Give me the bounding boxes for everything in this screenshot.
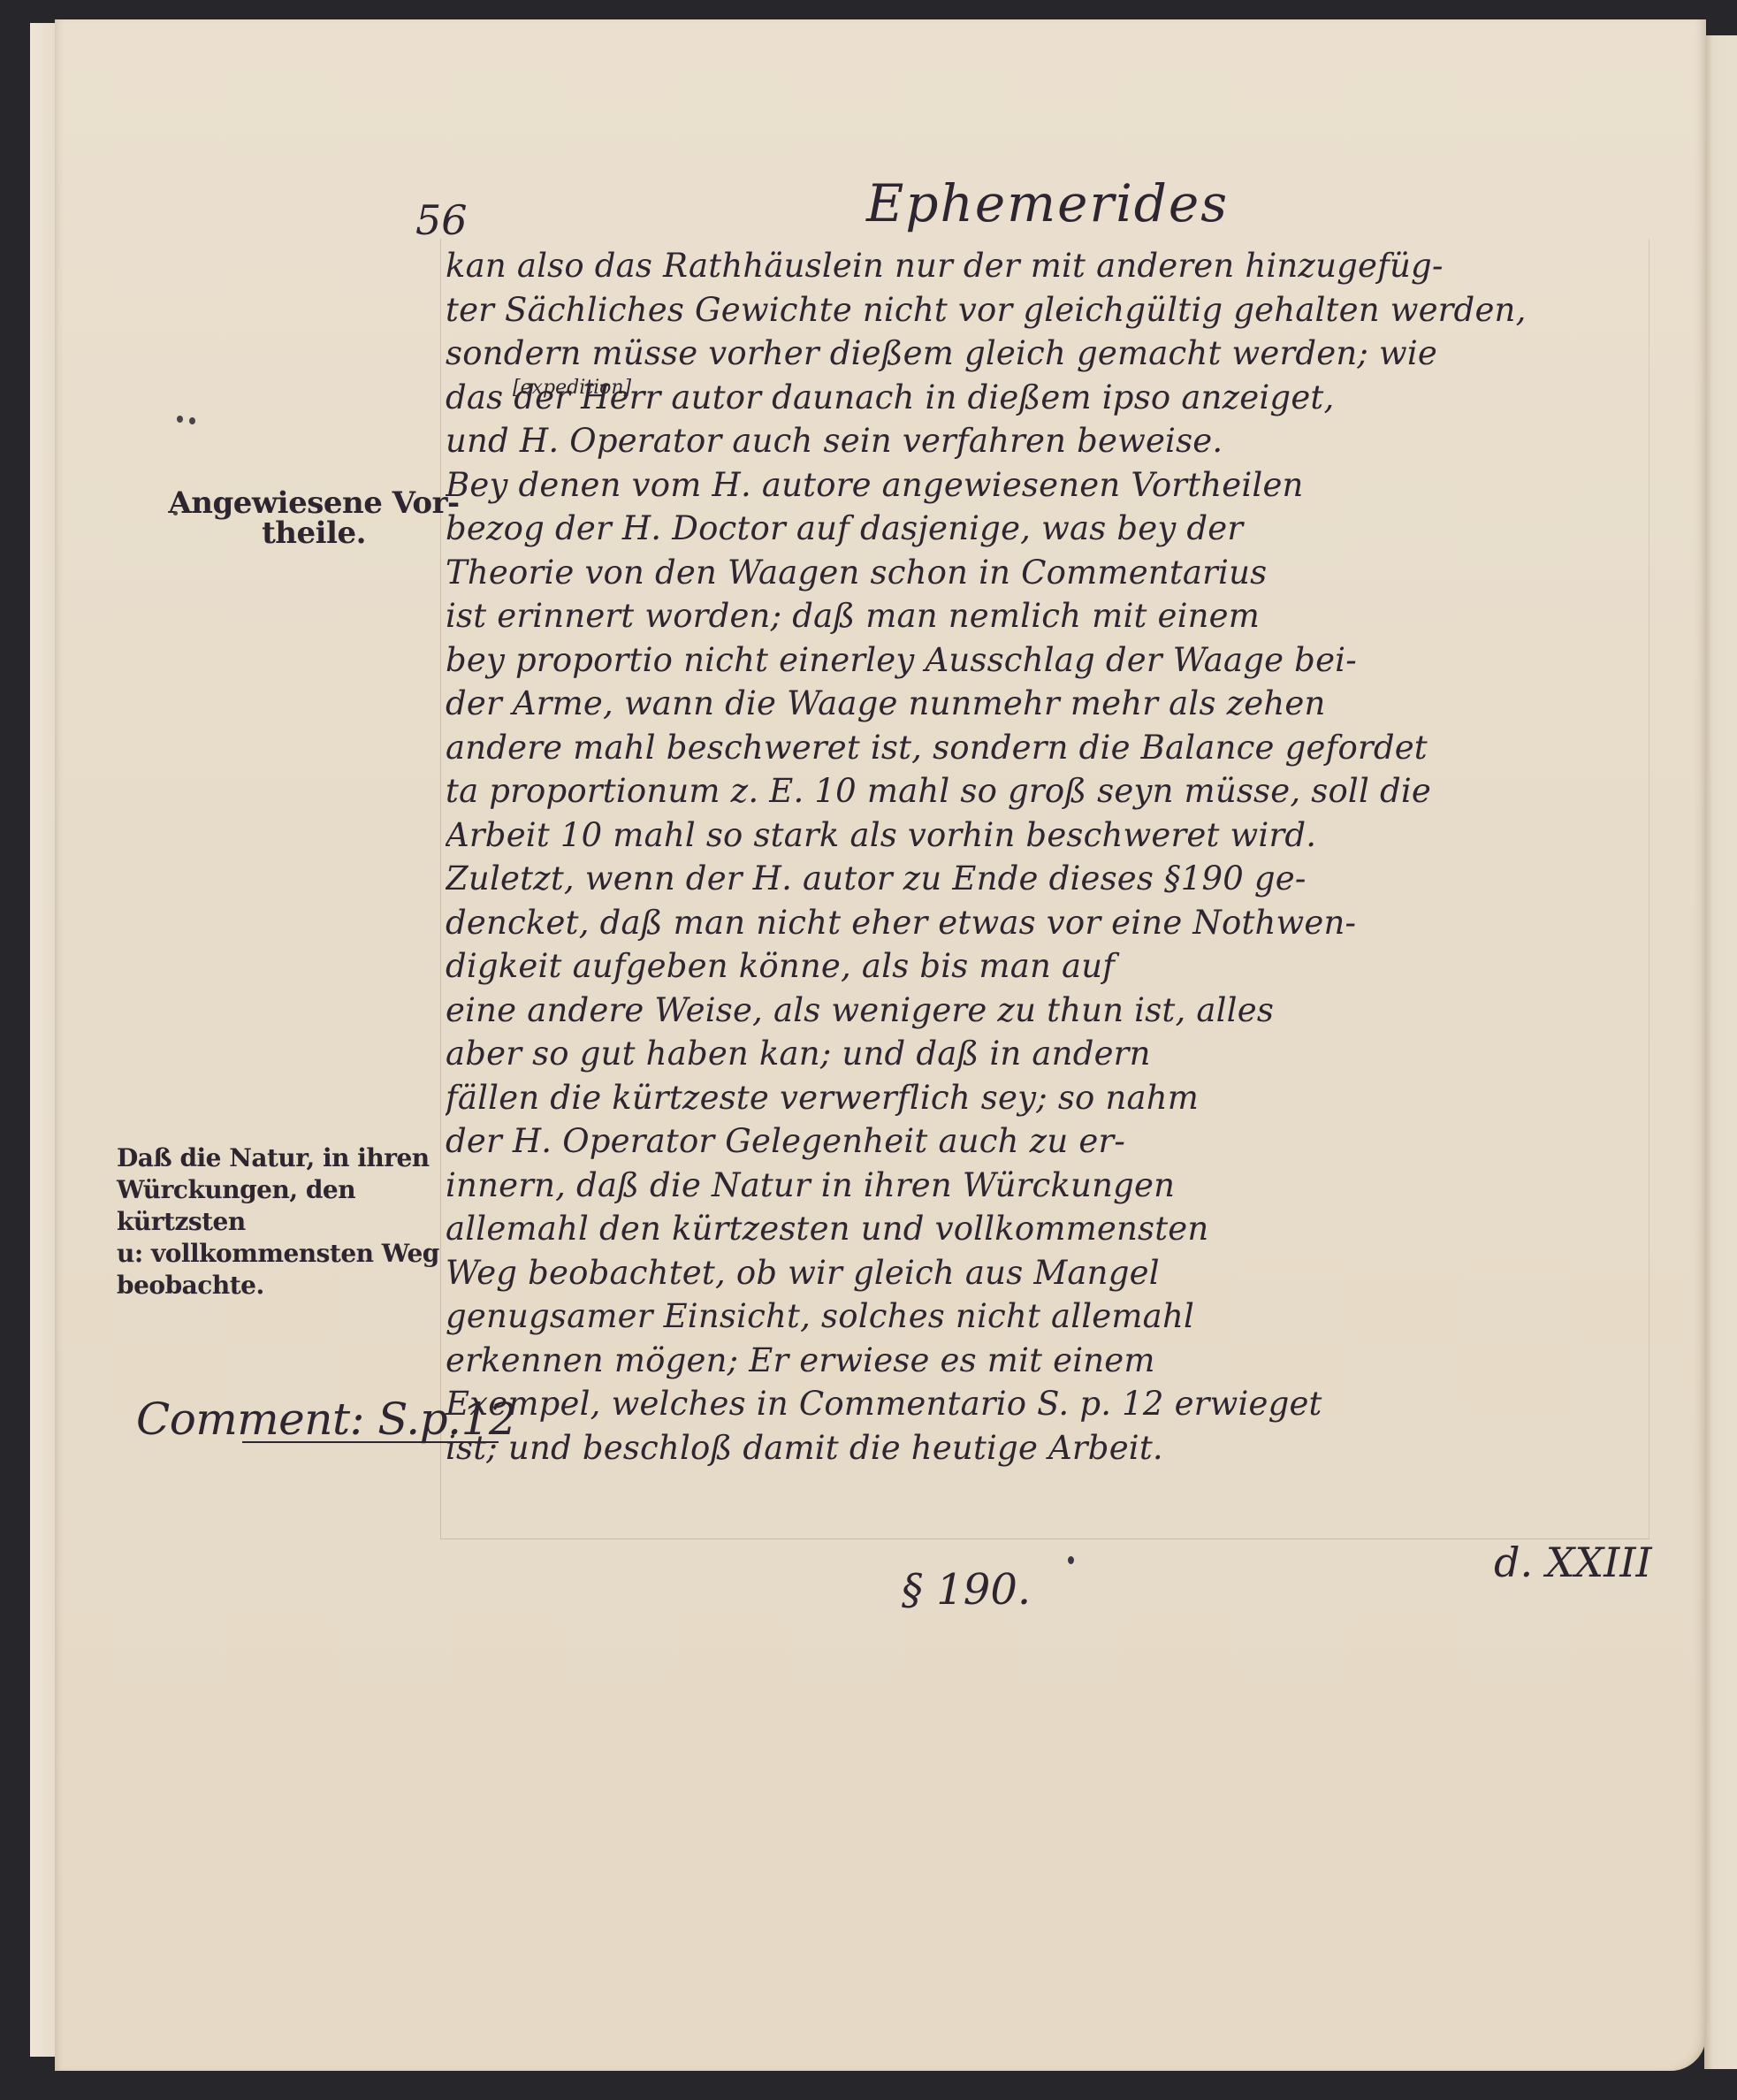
text-line: das der Herr autor daunach in dießem ips…: [446, 376, 1648, 420]
text-line: bey proportio nicht einerley Ausschlag d…: [446, 638, 1648, 683]
text-line: dencket, daß man nicht eher etwas vor ei…: [446, 901, 1648, 945]
text-line: genugsamer Einsicht, solches nicht allem…: [446, 1294, 1648, 1339]
running-title: Ephemerides: [866, 173, 1229, 233]
text-line: bezog der H. Doctor auf dasjenige, was b…: [446, 507, 1648, 551]
text-line: Exempel, welches in Commentario S. p. 12…: [446, 1382, 1648, 1426]
ink-dot-mark: [189, 417, 195, 424]
text-line: Weg beobachtet, ob wir gleich aus Mangel: [446, 1251, 1648, 1295]
text-line: kan also das Rathhäuslein nur der mit an…: [446, 244, 1648, 288]
text-line: Arbeit 10 mahl so stark als vorhin besch…: [446, 813, 1648, 858]
text-line: erkennen mögen; Er erwiese es mit einem: [446, 1339, 1648, 1383]
text-line: der Arme, wann die Waage nunmehr mehr al…: [446, 682, 1648, 726]
text-line: der H. Operator Gelegenheit auch zu er-: [446, 1119, 1648, 1164]
catchword: § 190.: [902, 1565, 1031, 1615]
text-line: und H. Operator auch sein verfahren bewe…: [446, 419, 1648, 463]
ink-dot-mark: [177, 416, 183, 423]
text-line: sondern müsse vorher dießem gleich gemac…: [446, 332, 1648, 376]
text-line: ta proportionum z. E. 10 mahl so groß se…: [446, 769, 1648, 813]
text-line: allemahl den kürtzesten und vollkommenst…: [446, 1207, 1648, 1251]
underline: [242, 1441, 499, 1443]
margin-note-commentary-ref: Comment: S.p.12: [136, 1404, 516, 1434]
text-line: Theorie von den Waagen schon in Commenta…: [446, 551, 1648, 595]
main-text-block: kan also das Rathhäuslein nur der mit an…: [446, 244, 1648, 1470]
text-line: ist; und beschloß damit die heutige Arbe…: [446, 1426, 1648, 1470]
margin-note-commentary-text: Comment: S.p.12: [136, 1394, 516, 1445]
text-line: Zuletzt, wenn der H. autor zu Ende diese…: [446, 857, 1648, 901]
text-line: Bey denen vom H. autore angewiesenen Vor…: [446, 463, 1648, 508]
text-line: ter Sächliches Gewichte nicht vor gleich…: [446, 288, 1648, 332]
margin-note-nature: Daß die Natur, in ihren Würckungen, den …: [117, 1142, 453, 1302]
text-line: ist erinnert worden; daß man nemlich mit…: [446, 594, 1648, 638]
ink-dot-mark: [1068, 1556, 1074, 1564]
page-number: 56: [415, 196, 468, 244]
manuscript-scan: 56 Ephemerides [expedition] kan also das…: [0, 0, 1737, 2100]
text-line: digkeit aufgeben könne, als bis man auf: [446, 944, 1648, 989]
margin-note-advantages: Angewiesene Vor- theile.: [168, 488, 460, 548]
signature-mark: d. XXIII: [1494, 1539, 1652, 1586]
text-line: aber so gut haben kan; und daß in andern: [446, 1032, 1648, 1076]
text-line: innern, daß die Natur in ihren Würckunge…: [446, 1164, 1648, 1208]
text-line: eine andere Weise, als wenigere zu thun …: [446, 989, 1648, 1033]
text-line: fällen die kürtzeste verwerflich sey; so…: [446, 1076, 1648, 1120]
text-line: andere mahl beschweret ist, sondern die …: [446, 726, 1648, 770]
next-page-edge: [1704, 35, 1737, 2069]
